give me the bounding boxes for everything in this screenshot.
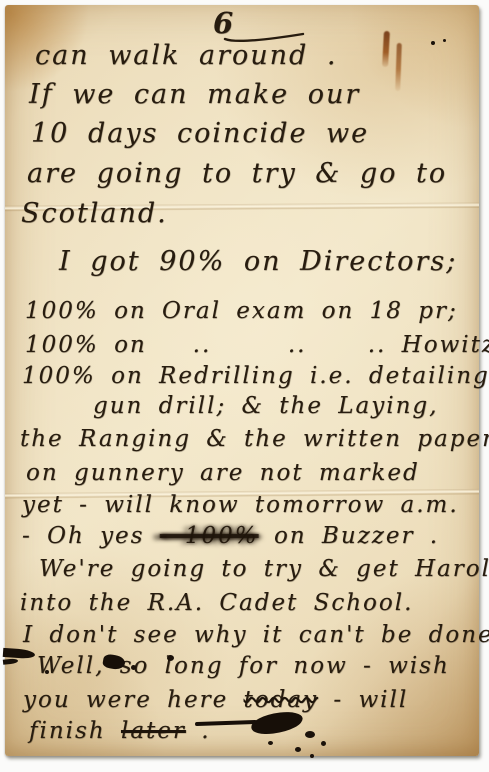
letter-line: If we can make our <box>29 79 360 110</box>
letter-line: - Oh yes - 100% on Buzzer . <box>22 523 439 549</box>
letter-page: 6 can walk around . If we can make our 1… <box>5 5 479 756</box>
letter-line: 100% on Redrilling i.e. detailing <box>22 363 489 389</box>
ink-spatter <box>305 731 315 738</box>
letter-line: Scotland. <box>21 198 168 229</box>
letter-line: yet - will know tomorrow a.m. <box>22 492 459 518</box>
letter-line: We're going to try & get Harold <box>39 556 489 582</box>
letter-line: on gunnery are not marked <box>26 460 420 486</box>
letter-line: 10 days coincide we <box>31 118 369 149</box>
ink-spatter <box>295 747 301 752</box>
letter-line: I don't see why it can't be done <box>23 622 489 648</box>
ink-spatter <box>268 741 273 745</box>
letter-line: gun drill; & the Laying, <box>93 393 438 419</box>
line-text: finish <box>29 718 121 744</box>
ink-smear-left-edge <box>3 658 18 665</box>
page-number: 6 <box>213 6 233 40</box>
ink-speck <box>45 670 49 674</box>
ink-smear-left-edge <box>3 648 36 659</box>
rust-drip-stain <box>382 31 390 67</box>
letter-line: the Ranging & the written paper <box>20 426 489 452</box>
letter-line: 100% on Oral exam on 18 pr; <box>25 298 458 324</box>
line-text: you were here <box>23 687 244 713</box>
letter-line: you were here today - will <box>23 687 408 713</box>
letter-line: 100% on .. .. .. Howitzer <box>25 332 489 358</box>
ink-speck <box>431 41 435 45</box>
letter-line: are going to try & go to <box>27 158 447 189</box>
letter-line: into the R.A. Cadet School. <box>20 590 413 616</box>
letter-line: can walk around . <box>35 40 337 71</box>
ink-spatter <box>321 741 326 746</box>
ink-blot-tail <box>195 720 257 726</box>
ink-speck <box>443 39 446 42</box>
ink-spatter <box>310 754 314 758</box>
letter-line: Well, so long for now - wish <box>37 653 450 679</box>
rust-drip-stain <box>395 43 402 91</box>
letter-line: I got 90% on Directors; <box>59 246 457 277</box>
letter-line: finish later . <box>29 718 211 744</box>
line-text: - Oh yes <box>22 523 160 549</box>
ink-speck <box>131 665 136 670</box>
crossed-out-text: later <box>121 718 186 744</box>
crossed-out-text: today <box>244 687 319 713</box>
line-text: on Buzzer . <box>259 523 439 549</box>
ink-blot-large <box>250 710 304 736</box>
line-text: - will <box>318 687 408 713</box>
ink-speck <box>167 655 174 661</box>
scan-background: 6 can walk around . If we can make our 1… <box>0 0 489 772</box>
smudged-text: - 100% <box>160 523 259 549</box>
